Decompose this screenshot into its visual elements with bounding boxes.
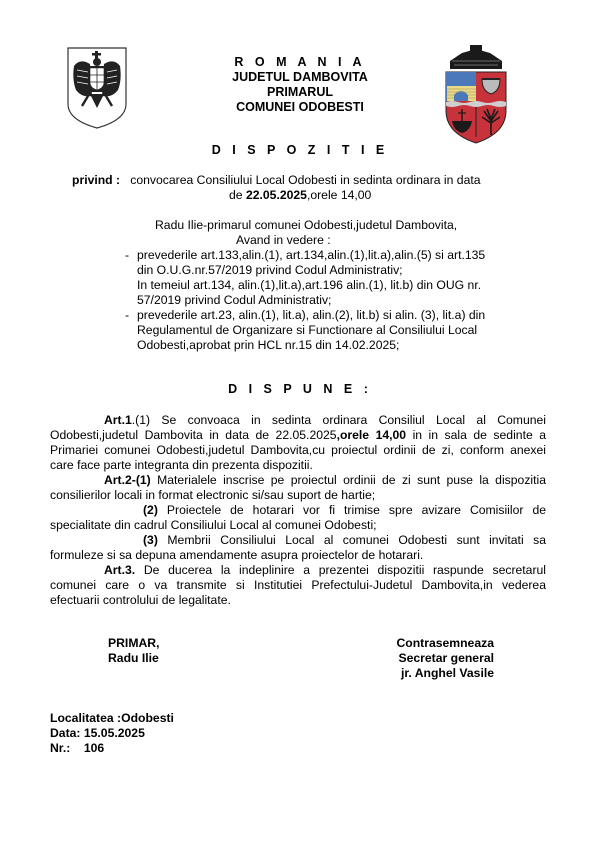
list-item-line: 57/2019 privind Codul Administrativ;: [137, 293, 331, 308]
art2-text: Materialele inscrise pe proiectul ordini…: [151, 473, 546, 487]
subject-prefix: de: [229, 188, 246, 202]
considering-line: Avand in vedere :: [236, 233, 331, 248]
art3-line-2: comunei care o va transmite si Instituti…: [50, 578, 546, 593]
document-number: Nr.: 106: [50, 741, 104, 757]
art1-line-2: Odobesti,judetul Dambovita in data de 22…: [50, 428, 546, 443]
header-country: R O M A N I A: [200, 55, 400, 70]
mayor-title: PRIMAR,: [108, 636, 159, 652]
art3-line-3: efectuarii controlului de legalitate.: [50, 593, 546, 608]
dispune-heading: D I S P U N E :: [150, 382, 450, 396]
art1-text: .(1) Se convoaca in sedinta ordinara Con…: [132, 413, 546, 427]
art1-line-1: Art.1.(1) Se convoaca in sedinta ordinar…: [50, 413, 546, 428]
list-item-line: prevederile art.133,alin.(1), art.134,al…: [137, 248, 485, 263]
number-label: Nr.:: [50, 741, 70, 755]
countersign-title: Contrasemneaza: [396, 636, 494, 652]
art3-line-1: Art.3. De ducerea la indeplinire a preze…: [50, 563, 546, 578]
romania-coat-of-arms-icon: [66, 46, 128, 130]
subject-label: privind :: [72, 173, 120, 187]
mayor-name: Radu Ilie: [108, 651, 159, 667]
odobesti-coat-of-arms-icon: [442, 45, 510, 145]
art2-label: Art.2-(1): [104, 473, 151, 487]
art2-p2-line-1: (2) Proiectele de hotarari vor fi trimis…: [50, 503, 546, 518]
list-item-line: din O.U.G.nr.57/2019 privind Codul Admin…: [137, 263, 403, 278]
bullet-dash: -: [125, 308, 129, 323]
subject-line-2: de 22.05.2025,orele 14,00: [229, 188, 371, 203]
mayor-line: Radu Ilie-primarul comunei Odobesti,jude…: [155, 218, 457, 233]
art1-line-3: Primariei comunei Odobesti,judetul Dambo…: [50, 443, 546, 458]
subject-line-1: privind : convocarea Consiliului Local O…: [72, 173, 481, 188]
art3-text: De ducerea la indeplinire a prezentei di…: [135, 563, 546, 577]
header-commune: COMUNEI ODOBESTI: [200, 100, 400, 115]
number-value: 106: [84, 741, 104, 755]
art1-text: Odobesti,judetul Dambovita in data de 22…: [50, 428, 337, 442]
art1-line-4: care face parte integranta din prezenta …: [50, 458, 546, 473]
header-county: JUDETUL DAMBOVITA: [200, 70, 400, 85]
secretary-role: Secretar general: [398, 651, 494, 667]
list-item-line: Regulamentul de Organizare si Functionar…: [137, 323, 477, 338]
list-item-line: In temeiul art.134, alin.(1),lit.a),art.…: [137, 278, 481, 293]
art2-p3-line-1: (3) Membrii Consiliului Local al comunei…: [50, 533, 546, 548]
art3-label: Art.3.: [104, 563, 135, 577]
art2-p2-label: (2): [143, 503, 158, 517]
art2-p3-line-2: formuleze si sa depuna amendamente asupr…: [50, 548, 546, 563]
art1-time: ,orele 14,00: [337, 428, 407, 442]
document-title: D I S P O Z I T I E: [150, 143, 450, 157]
header-office: PRIMARUL: [200, 85, 400, 100]
art2-line-1: Art.2-(1) Materialele inscrise pe proiec…: [50, 473, 546, 488]
secretary-name: jr. Anghel Vasile: [401, 666, 494, 682]
art2-p2-line-2: specialitate din cadrul Consiliului Loca…: [50, 518, 546, 533]
art1-label: Art.1: [104, 413, 132, 427]
bullet-dash: -: [125, 248, 129, 263]
art2-text: Proiectele de hotarari vor fi trimise sp…: [158, 503, 546, 517]
art2-p3-label: (3): [143, 533, 158, 547]
list-item-line: prevederile art.23, alin.(1), lit.a), al…: [137, 308, 485, 323]
locality: Localitatea :Odobesti: [50, 711, 174, 727]
meeting-date: 22.05.2025: [246, 188, 307, 202]
document-date: Data: 15.05.2025: [50, 726, 145, 742]
art2-line-2: consilierilor locali in format electroni…: [50, 488, 546, 503]
subject-text: convocarea Consiliului Local Odobesti in…: [130, 173, 480, 187]
list-item-line: Odobesti,aprobat prin HCL nr.15 din 14.0…: [137, 338, 399, 353]
art1-text: in in sala de sedinte a: [406, 428, 546, 442]
art2-text: Membrii Consiliului Local al comunei Odo…: [158, 533, 546, 547]
meeting-time: ,orele 14,00: [307, 188, 371, 202]
